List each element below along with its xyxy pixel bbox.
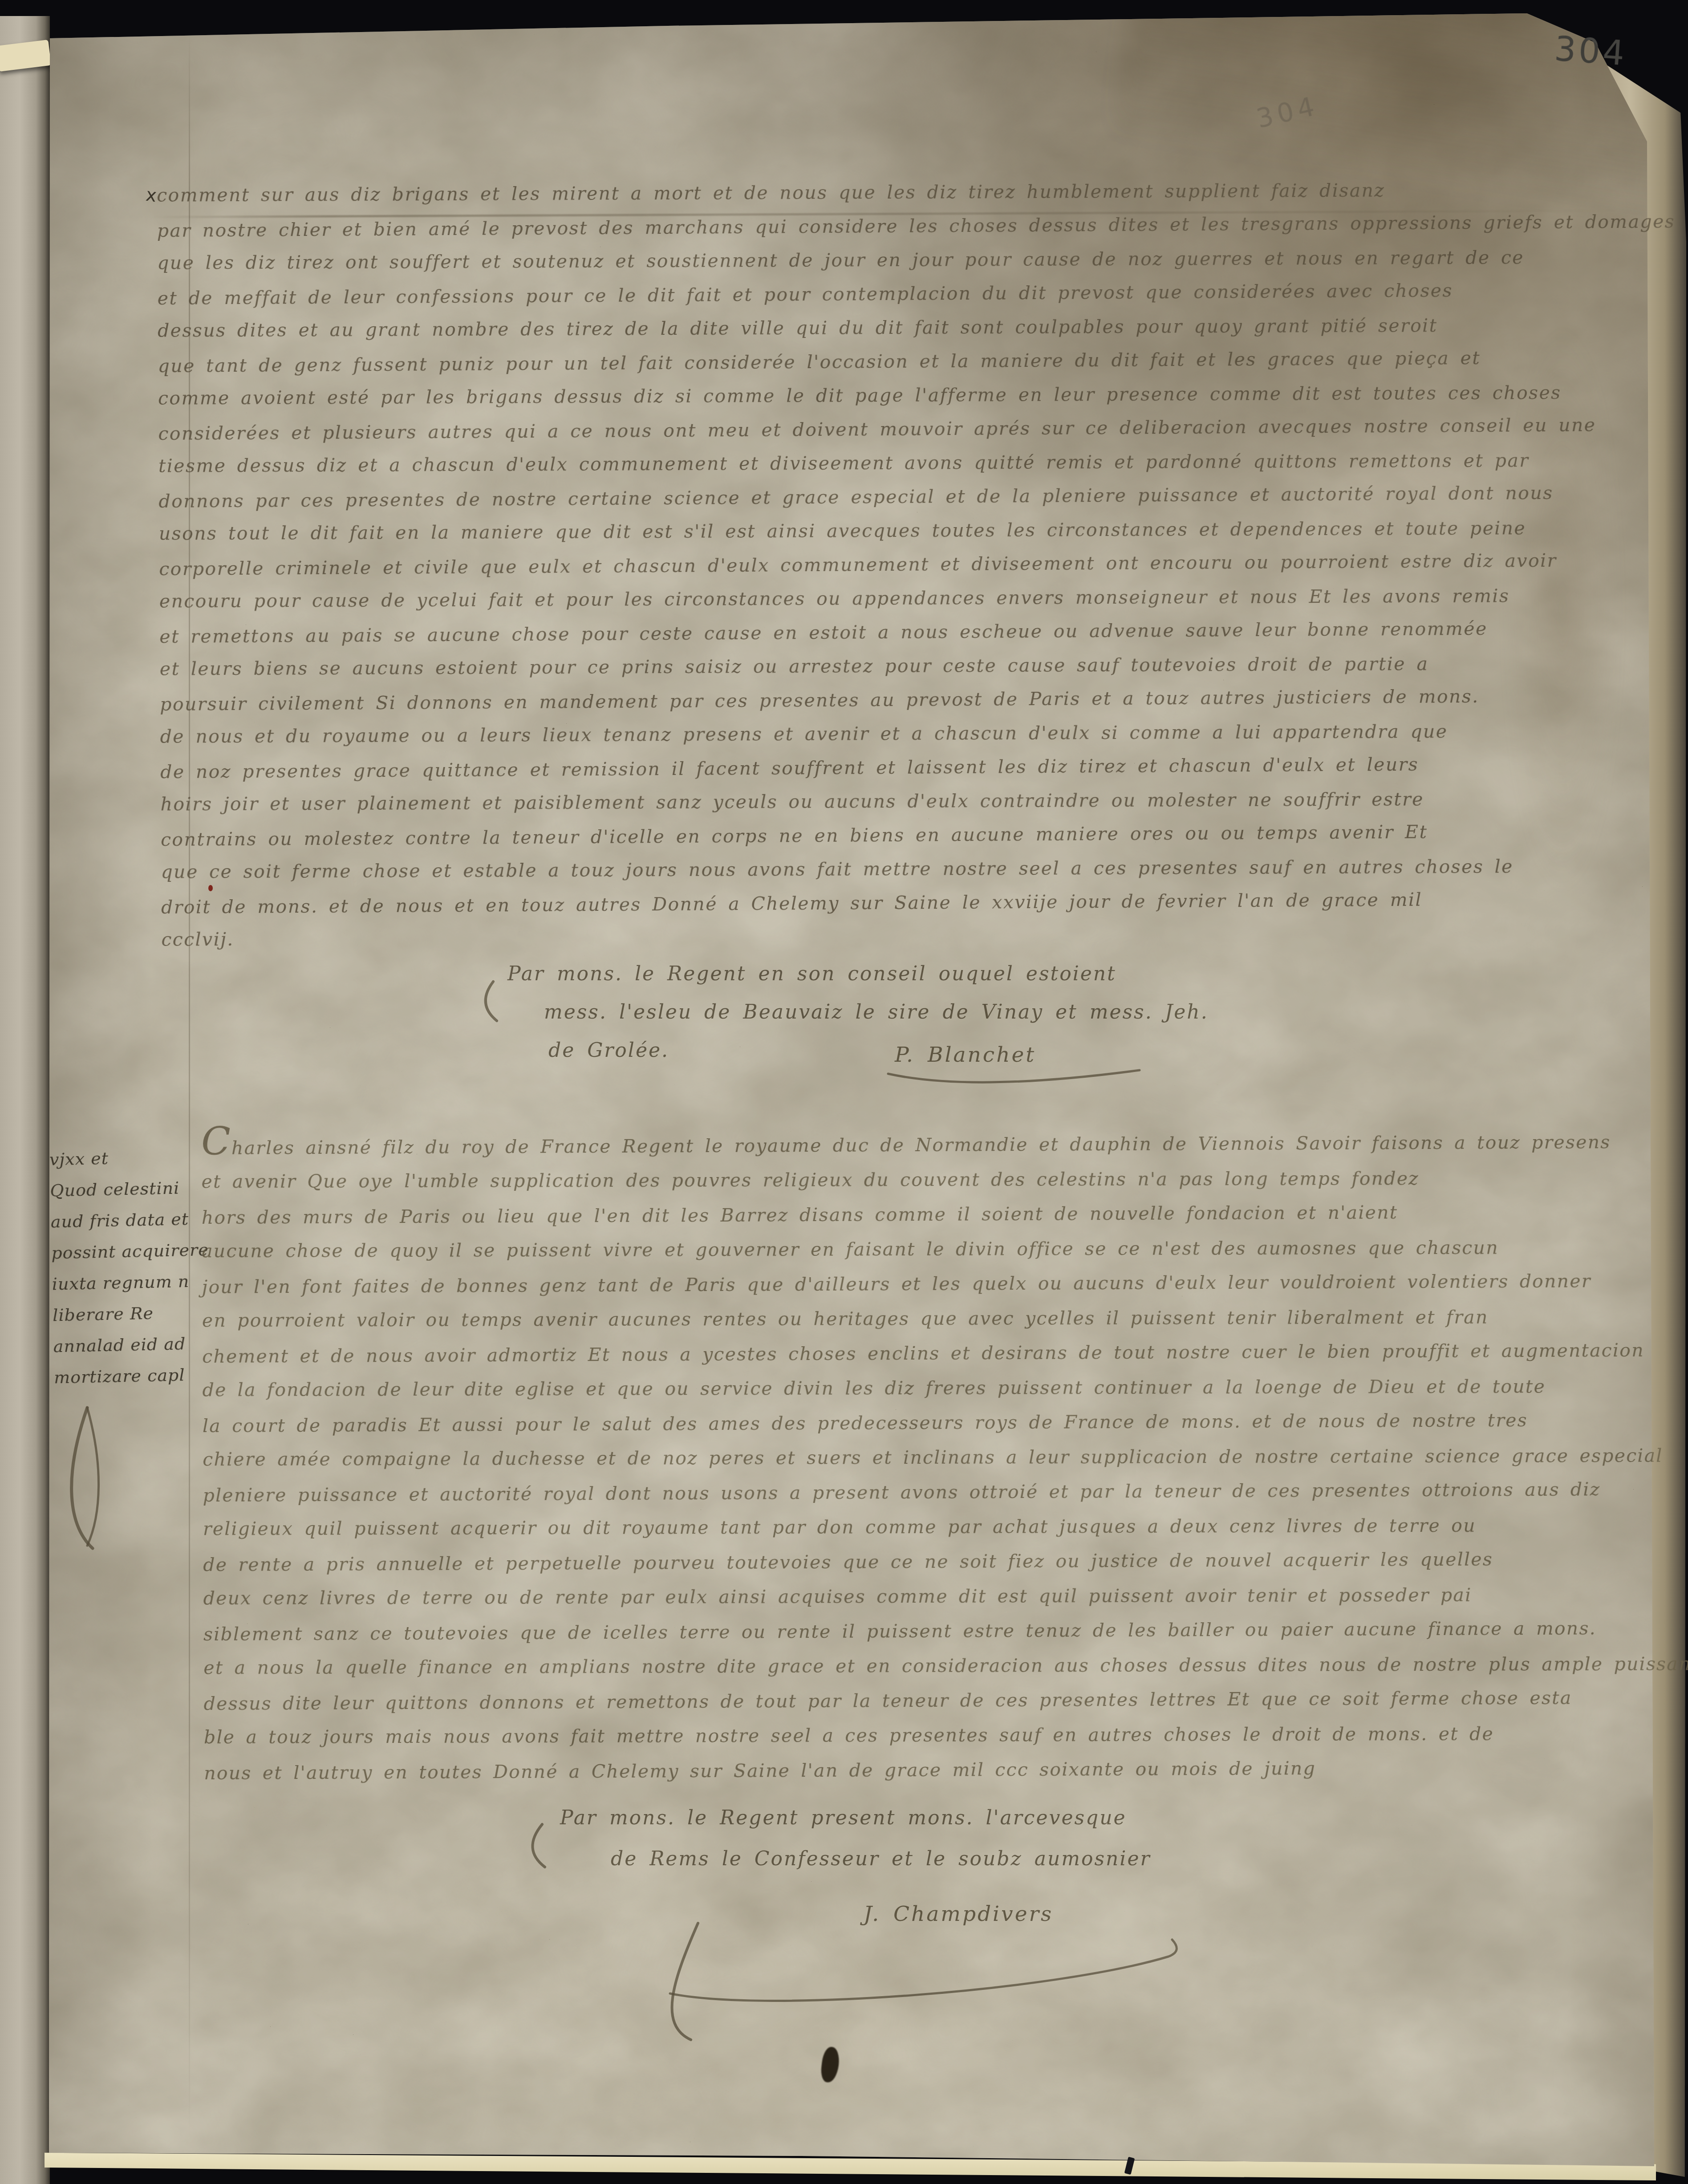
text-line: que les diz tirez ont souffert et souten… (157, 240, 1626, 280)
margin-note-line: mortizare capl (53, 1359, 201, 1393)
text-line: siblement sanz ce toutevoies que de icel… (203, 1611, 1632, 1652)
entry-1-text: comment sur aus diz brigans et les miren… (157, 171, 1631, 958)
text-line: jour l'en font faites de bonnes genz tan… (202, 1263, 1631, 1304)
text-line: ccclvij. (161, 917, 1630, 956)
margin-note-line: liberare Re (53, 1297, 200, 1331)
margin-note-line: possint acquirere (51, 1234, 199, 1269)
margin-note-latin: vjxx etQuod celestiniaud fris data etpos… (49, 1141, 201, 1393)
text-line: tiesme dessus diz et a chascun d'eulx co… (158, 443, 1627, 483)
entry-1-subscription-line-1: Par mons. le Regent en son conseil ouque… (507, 962, 1116, 985)
entry-2-subscription-line-1: Par mons. le Regent present mons. l'arce… (560, 1806, 1127, 1829)
text-line: et a nous la quelle finance en amplians … (203, 1647, 1632, 1685)
text-line: hoirs joir et user plainement et paisibl… (160, 781, 1629, 821)
entry-1-subscription-line-2: mess. l'esleu de Beauvaiz le sire de Vin… (544, 1001, 1209, 1023)
text-line: chiere amée compaigne la duchesse et de … (203, 1438, 1631, 1477)
entry-2-text: Charles ainsné filz du roy de France Reg… (201, 1124, 1633, 1790)
text-line: nous et l'autruy en toutes Donné a Chele… (204, 1750, 1633, 1790)
text-line: dessus dite leur quittons donnons et rem… (203, 1680, 1632, 1721)
text-line: de la fondacion de leur dite eglise et q… (202, 1369, 1631, 1407)
entry-2-subscription-line-2: de Rems le Confesseur et le soubz aumosn… (611, 1847, 1151, 1870)
margin-note-line: vjxx et (49, 1141, 196, 1175)
text-line: chement et de nous avoir admortiz Et nou… (202, 1333, 1631, 1374)
margin-note-line: iuxta regnum n (52, 1266, 199, 1300)
text-line: hors des murs de Paris ou lieu que l'en … (202, 1194, 1631, 1235)
entry-1-clerk-signature: P. Blanchet (895, 1043, 1036, 1067)
text-line: usons tout le dit fait en la maniere que… (159, 511, 1628, 550)
text-line: et leurs biens se aucuns estoient pour c… (160, 646, 1629, 686)
text-line: dessus dites et au grant nombre des tire… (158, 308, 1627, 347)
text-line: ble a touz jours mais nous avons fait me… (204, 1716, 1633, 1754)
entry-1-subscription-line-3: de Grolée. (548, 1039, 669, 1062)
text-line: deux cenz livres de terre ou de rente pa… (203, 1577, 1632, 1616)
text-line: Charles ainsné filz du roy de France Reg… (201, 1124, 1630, 1165)
margin-note-line: aud fris data et (50, 1203, 198, 1238)
folio-number-ink: 304 (1553, 28, 1628, 73)
text-line: comment sur aus diz brigans et les miren… (157, 172, 1626, 212)
margin-note-line: Quod celestini (50, 1172, 197, 1206)
text-line: de rente a pris annuelle et perpetuelle … (203, 1541, 1632, 1582)
red-wax-speck (208, 885, 213, 891)
text-line: que ce soit ferme chose et estable a tou… (161, 849, 1630, 889)
text-line: religieux quil puissent acquerir ou dit … (203, 1508, 1632, 1546)
text-line: de nous et du royaume ou a leurs lieux t… (160, 714, 1629, 753)
facing-page-edge (0, 16, 50, 2184)
text-line: aucune chose de quoy il se puissent vivr… (202, 1230, 1631, 1268)
text-line: encouru pour cause de ycelui fait et pou… (159, 578, 1628, 618)
manuscript-photo: 304 304 x comment sur aus diz brigans et… (0, 0, 1688, 2184)
text-line: la court de paradis Et aussi pour le sal… (203, 1402, 1631, 1443)
margin-note-line: annalad eid ad (53, 1328, 200, 1362)
text-line: en pourroient valoir ou temps avenir auc… (202, 1299, 1631, 1338)
entry-2-clerk-signature: J. Champdivers (864, 1902, 1053, 1926)
text-line: comme avoient esté par les brigans dessu… (158, 375, 1627, 415)
text-line: et avenir Que oye l'umble supplication d… (201, 1161, 1630, 1199)
text-line: pleniere puissance et auctorité royal do… (203, 1472, 1631, 1513)
